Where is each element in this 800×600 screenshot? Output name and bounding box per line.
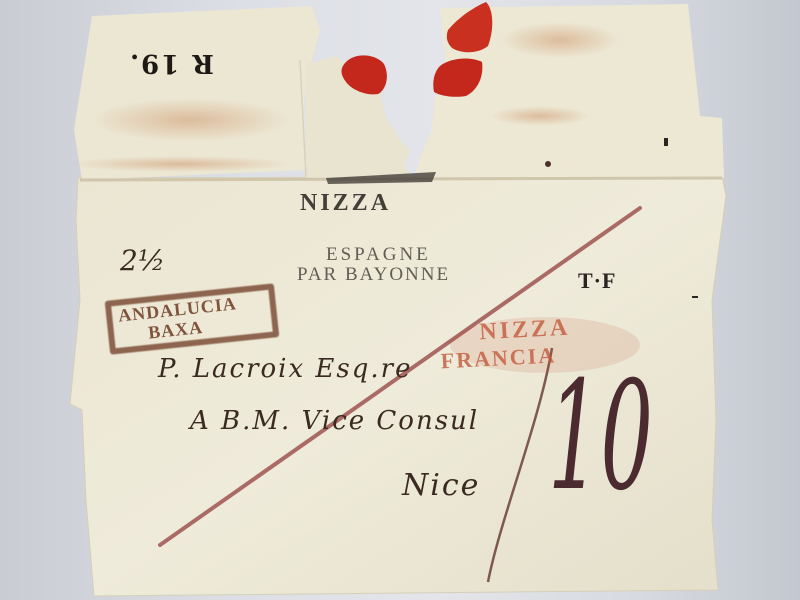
address-line2: A B.M. Vice Consul <box>190 406 479 436</box>
postage-due-figure: 10 <box>548 362 653 512</box>
tax-marking: T·F <box>578 268 616 294</box>
origin-postmark: NIZZA <box>300 190 391 217</box>
route-marking-line1: ESPAGNE <box>326 244 431 266</box>
manuscript-rate: 2½ <box>120 244 165 277</box>
reference-number: R 19. <box>128 48 214 78</box>
paper-flap-left <box>74 6 320 180</box>
red-postmark-line1: NIZZA <box>479 315 571 347</box>
address-line1: P. Lacroix Esq.re <box>158 354 412 384</box>
photo-scene: R 19. NIZZA ESPAGNE PAR BAYONNE T·F ANDA… <box>0 0 800 600</box>
route-marking-line2: PAR BAYONNE <box>297 264 450 286</box>
address-line3: Nice <box>402 468 480 503</box>
